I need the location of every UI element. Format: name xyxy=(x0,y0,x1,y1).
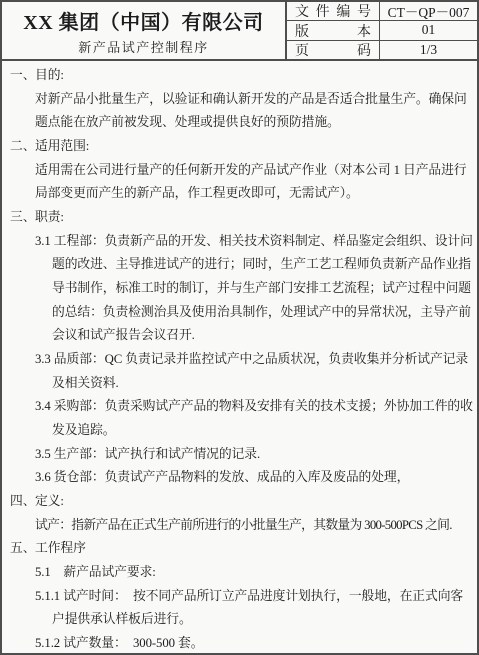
line-text: 的总结：负责检测治具及使用治具制作，处理试产中的异常状况，主导产前 xyxy=(52,305,471,319)
body-line: 5.1.1 试产时间： 按不同产品所订立产品进度计划执行，一般地，在正式向客 xyxy=(35,585,471,609)
document-header: XX 集团（中国）有限公司 新产品试产控制程序 文件编号CT－QP－007版本0… xyxy=(2,2,477,61)
section-heading-line: 五、工作程序 xyxy=(35,537,471,561)
body-line: 局部变更而产生的新产品，作工程更改即可，无需试产）。 xyxy=(35,182,471,206)
body-line: 3.6 货仓部：负责试产产品物料的发放、成品的入库及废品的处理， xyxy=(35,466,471,490)
line-text: 题点能在放产前被发现、处理或提供良好的预防措施。 xyxy=(35,115,340,129)
doc-info-row: 文件编号CT－QP－007 xyxy=(287,2,477,20)
doc-info-value: CT－QP－007 xyxy=(380,2,477,20)
section-marker: 二、 xyxy=(10,135,35,159)
body-line: 3.5 生产部：试产执行和试产情况的记录. xyxy=(35,443,471,467)
doc-info-row: 页码1/3 xyxy=(287,40,477,59)
document-page: XX 集团（中国）有限公司 新产品试产控制程序 文件编号CT－QP－007版本0… xyxy=(0,0,479,655)
line-text: 会议和试产报告会议召开. xyxy=(52,328,195,342)
section-marker: 四、 xyxy=(10,490,35,514)
line-text: 局部变更而产生的新产品，作工程更改即可，无需试产）。 xyxy=(35,186,359,200)
section-heading-line: 二、适用范围: xyxy=(35,135,471,159)
line-text: 3.6 货仓部：负责试产产品物料的发放、成品的入库及废品的处理， xyxy=(35,470,409,484)
doc-info-label: 文件编号 xyxy=(287,2,380,20)
body-line: 题的改进、主导推进试产的进行；同时，生产工艺工程师负责新产品作业指 xyxy=(52,253,471,277)
line-text: 5.1 薪产品试产要求: xyxy=(35,565,156,579)
doc-info-value: 1/3 xyxy=(380,41,477,59)
body-line: 5.1.2 试产数量： 300-500 套。 xyxy=(35,632,471,655)
line-text: 目的: xyxy=(35,68,64,82)
line-text: 3.4 采购部：负责采购试产产品的物料及安排有关的技术支援；外协加工件的收 xyxy=(35,399,473,413)
body-lines: 一、目的:对新产品小批量生产，以验证和确认新开发的产品是否适合批量生产。确保问题… xyxy=(35,64,471,655)
line-text: 适用范围: xyxy=(35,139,89,153)
section-heading-line: 三、职责: xyxy=(35,206,471,230)
doc-info-row: 版本01 xyxy=(287,20,477,39)
company-title-block: XX 集团（中国）有限公司 新产品试产控制程序 xyxy=(2,2,285,59)
body-line: 的总结：负责检测治具及使用治具制作，处理试产中的异常状况，主导产前 xyxy=(52,301,471,325)
section-heading-line: 四、定义: xyxy=(35,490,471,514)
body-line: 5.1 薪产品试产要求: xyxy=(35,561,471,585)
doc-info-label: 版本 xyxy=(287,21,380,39)
line-text: 工作程序 xyxy=(35,541,86,555)
body-line: 3.3 品质部：QC 负责记录并监控试产中之品质状况，负责收集并分析试产记录 xyxy=(35,348,471,372)
body-line: 适用需在公司进行量产的任何新开发的产品试产作业（对本公司 1 日产品进行 xyxy=(35,159,471,183)
body-line: 发及追踪。 xyxy=(52,419,471,443)
body-line: 题点能在放产前被发现、处理或提供良好的预防措施。 xyxy=(35,111,471,135)
doc-info-value: 01 xyxy=(380,21,477,39)
line-text: 5.1.1 试产时间： 按不同产品所订立产品进度计划执行，一般地，在正式向客 xyxy=(35,589,463,603)
line-text: 5.1.2 试产数量： 300-500 套。 xyxy=(35,636,203,650)
body-line: 导书制作，标准工时的制订，并与生产部门安排工艺流程；试产过程中问题 xyxy=(52,277,471,301)
body-line: 试产：指新产品在正式生产前所进行的小批量生产，其数量为 300-500PCS 之… xyxy=(35,514,471,538)
body-line: 及相关资料. xyxy=(52,372,471,396)
line-text: 定义: xyxy=(35,494,64,508)
document-title: 新产品试产控制程序 xyxy=(78,37,209,56)
section-marker: 五、 xyxy=(10,537,35,561)
section-heading-line: 一、目的: xyxy=(35,64,471,88)
line-text: 对新产品小批量生产，以验证和确认新开发的产品是否适合批量生产。确保问 xyxy=(35,92,467,106)
line-text: 题的改进、主导推进试产的进行；同时，生产工艺工程师负责新产品作业指 xyxy=(52,257,471,271)
line-text: 发及追踪。 xyxy=(52,423,116,437)
line-text: 试产：指新产品在正式生产前所进行的小批量生产，其数量为 300-500PCS 之… xyxy=(35,518,452,532)
document-body: 一、目的:对新产品小批量生产，以验证和确认新开发的产品是否适合批量生产。确保问题… xyxy=(2,61,477,655)
body-line: 会议和试产报告会议召开. xyxy=(52,324,471,348)
line-text: 适用需在公司进行量产的任何新开发的产品试产作业（对本公司 1 日产品进行 xyxy=(35,163,467,177)
section-marker: 三、 xyxy=(10,206,35,230)
doc-info-label: 页码 xyxy=(287,41,380,59)
company-name: XX 集团（中国）有限公司 xyxy=(23,6,263,35)
section-marker: 一、 xyxy=(10,64,35,88)
body-line: 3.4 采购部：负责采购试产产品的物料及安排有关的技术支援；外协加工件的收 xyxy=(35,395,471,419)
body-line: 对新产品小批量生产，以验证和确认新开发的产品是否适合批量生产。确保问 xyxy=(35,88,471,112)
line-text: 及相关资料. xyxy=(52,376,119,390)
line-text: 户提供承认样板后进行。 xyxy=(52,612,192,626)
doc-info-table: 文件编号CT－QP－007版本01页码1/3 xyxy=(285,2,477,59)
line-text: 3.3 品质部：QC 负责记录并监控试产中之品质状况，负责收集并分析试产记录 xyxy=(35,352,468,366)
line-text: 职责: xyxy=(35,210,64,224)
body-line: 户提供承认样板后进行。 xyxy=(52,608,471,632)
line-text: 3.5 生产部：试产执行和试产情况的记录. xyxy=(35,447,260,461)
body-line: 3.1 工程部：负责新产品的开发、相关技术资料制定、样品鉴定会组织、设计问 xyxy=(35,230,471,254)
line-text: 3.1 工程部：负责新产品的开发、相关技术资料制定、样品鉴定会组织、设计问 xyxy=(35,234,473,248)
line-text: 导书制作，标准工时的制订，并与生产部门安排工艺流程；试产过程中问题 xyxy=(52,281,471,295)
